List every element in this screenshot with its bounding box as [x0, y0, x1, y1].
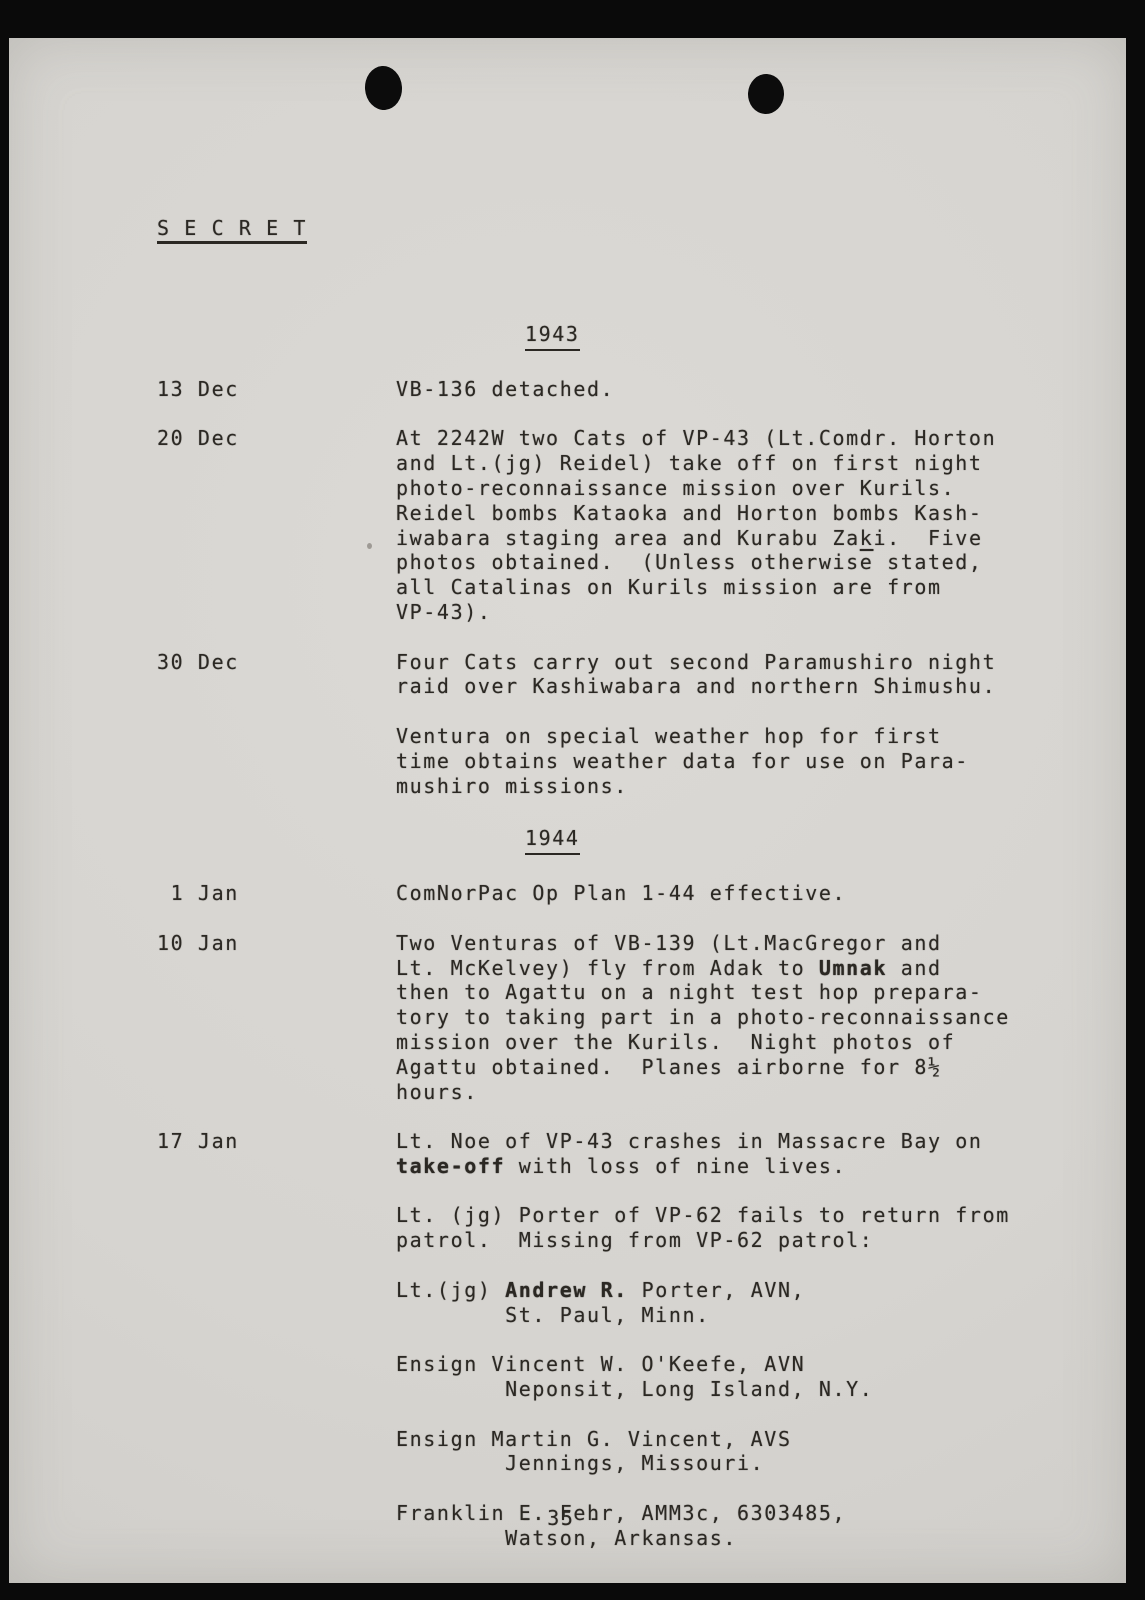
text-segment: raid over Kashiwabara and northern Shimu… — [396, 674, 996, 698]
text-segment: Lt. Noe of VP-43 crashes in Massacre Bay… — [396, 1129, 983, 1153]
text-line: photos obtained. (Unless otherwise state… — [396, 550, 1126, 575]
text-line: Neponsit, Long Island, N.Y. — [396, 1377, 1126, 1402]
entry-body: VB-136 detached. — [396, 377, 1126, 402]
text-segment: tory to taking part in a photo-reconnais… — [396, 1005, 1010, 1029]
text-segment: mission over the Kurils. Night photos of — [396, 1030, 955, 1054]
text-line: ComNorPac Op Plan 1-44 effective. — [396, 881, 1126, 906]
text-segment: Two Venturas of VB-139 (Lt.MacGregor and — [396, 931, 942, 955]
text-line: Watson, Arkansas. — [396, 1526, 1126, 1551]
text-line: Agattu obtained. Planes airborne for 8½ — [396, 1055, 1126, 1080]
entry-date: 10 Jan — [157, 931, 396, 1105]
text-segment: Andrew R. — [505, 1278, 628, 1302]
entry-body: At 2242W two Cats of VP-43 (Lt.Comdr. Ho… — [396, 426, 1126, 624]
text-segment: Franklin E. Fehr, AMM3c, 6303485, — [396, 1501, 846, 1525]
entry-body: Four Cats carry out second Paramushiro n… — [396, 650, 1126, 799]
text-segment: Umnak — [819, 956, 887, 980]
text-segment: Four Cats carry out second Paramushiro n… — [396, 650, 996, 674]
text-segment: Lt. McKelvey) fly from Adak to — [396, 956, 819, 980]
year-section: 1944 1 JanComNorPac Op Plan 1-44 effecti… — [157, 826, 1126, 1550]
text-line: Jennings, Missouri. — [396, 1451, 1126, 1476]
text-segment: and — [887, 956, 942, 980]
year-label: 1944 — [525, 826, 580, 855]
text-line: raid over Kashiwabara and northern Shimu… — [396, 674, 1126, 699]
paragraph: Ventura on special weather hop for first… — [396, 724, 1126, 798]
paragraph: Lt. Noe of VP-43 crashes in Massacre Bay… — [396, 1129, 1126, 1179]
text-segment: Lt. (jg) Porter of VP-62 fails to return… — [396, 1203, 1010, 1227]
text-segment: At 2242W two Cats of VP-43 (Lt.Comdr. Ho… — [396, 426, 996, 450]
text-segment: i. Five — [873, 526, 982, 550]
text-segment: all Catalinas on Kurils mission are from — [396, 575, 942, 599]
text-segment: Agattu obtained. Planes airborne for 8½ — [396, 1055, 942, 1079]
text-segment: Reidel bombs Kataoka and Horton bombs Ka… — [396, 501, 983, 525]
text-segment: iwabara staging area and Kurabu Za — [396, 526, 860, 550]
text-line: hours. — [396, 1080, 1126, 1105]
year-section: 194313 DecVB-136 detached.20 DecAt 2242W… — [157, 322, 1126, 798]
text-line: Franklin E. Fehr, AMM3c, 6303485, — [396, 1501, 1126, 1526]
text-line: Reidel bombs Kataoka and Horton bombs Ka… — [396, 501, 1126, 526]
text-line: VB-136 detached. — [396, 377, 1126, 402]
text-segment: Ensign Vincent W. O'Keefe, AVN — [396, 1352, 805, 1376]
paragraph: Two Venturas of VB-139 (Lt.MacGregor and… — [396, 931, 1126, 1105]
text-segment: and Lt.(jg) Reidel) take off on first ni… — [396, 451, 983, 475]
text-line: mission over the Kurils. Night photos of — [396, 1030, 1126, 1055]
paragraph: Lt.(jg) Andrew R. Porter, AVN, St. Paul,… — [396, 1278, 1126, 1328]
text-line: then to Agattu on a night test hop prepa… — [396, 980, 1126, 1005]
entry-date: 17 Jan — [157, 1129, 396, 1551]
text-segment: then to Agattu on a night test hop prepa… — [396, 980, 983, 1004]
text-line: Ventura on special weather hop for first — [396, 724, 1126, 749]
year-heading: 1944 — [525, 826, 1126, 855]
entry-date: 1 Jan — [157, 881, 396, 906]
text-segment: Neponsit, Long Island, N.Y. — [396, 1377, 873, 1401]
entry-date: 13 Dec — [157, 377, 396, 402]
text-segment: hours. — [396, 1080, 478, 1104]
page-number: - 35 - — [520, 1506, 602, 1531]
log-entry: 17 JanLt. Noe of VP-43 crashes in Massac… — [157, 1129, 1126, 1551]
entry-date: 30 Dec — [157, 650, 396, 799]
paragraph: Franklin E. Fehr, AMM3c, 6303485, Watson… — [396, 1501, 1126, 1551]
paragraph: Lt. (jg) Porter of VP-62 fails to return… — [396, 1203, 1126, 1253]
log-entry: 30 DecFour Cats carry out second Paramus… — [157, 650, 1126, 799]
text-segment: Ensign Martin G. Vincent, AVS — [396, 1427, 792, 1451]
log-entry: 10 JanTwo Venturas of VB-139 (Lt.MacGreg… — [157, 931, 1126, 1105]
text-segment: Ventura on special weather hop for first — [396, 724, 942, 748]
text-line: Two Venturas of VB-139 (Lt.MacGregor and — [396, 931, 1126, 956]
text-line: and Lt.(jg) Reidel) take off on first ni… — [396, 451, 1126, 476]
text-line: Lt.(jg) Andrew R. Porter, AVN, — [396, 1278, 1126, 1303]
paragraph: VB-136 detached. — [396, 377, 1126, 402]
year-heading: 1943 — [525, 322, 1126, 351]
text-line: iwabara staging area and Kurabu Zaki. Fi… — [396, 526, 1126, 551]
text-line: Lt. McKelvey) fly from Adak to Umnak and — [396, 956, 1126, 981]
text-line: mushiro missions. — [396, 774, 1126, 799]
text-segment: Jennings, Missouri. — [396, 1451, 764, 1475]
text-segment: VB-136 detached. — [396, 377, 614, 401]
text-line: Lt. (jg) Porter of VP-62 fails to return… — [396, 1203, 1126, 1228]
paper-sheet: S E C R E T 194313 DecVB-136 detached.20… — [9, 38, 1126, 1583]
entry-date: 20 Dec — [157, 426, 396, 624]
text-segment: patrol. Missing from VP-62 patrol: — [396, 1228, 873, 1252]
text-line: time obtains weather data for use on Par… — [396, 749, 1126, 774]
text-segment: Lt.(jg) — [396, 1278, 505, 1302]
paragraph: ComNorPac Op Plan 1-44 effective. — [396, 881, 1126, 906]
log-entry: 13 DecVB-136 detached. — [157, 377, 1126, 402]
entry-body: ComNorPac Op Plan 1-44 effective. — [396, 881, 1126, 906]
year-label: 1943 — [525, 322, 580, 351]
text-line: take-off with loss of nine lives. — [396, 1154, 1126, 1179]
entry-body: Lt. Noe of VP-43 crashes in Massacre Bay… — [396, 1129, 1126, 1551]
paragraph: Ensign Martin G. Vincent, AVS Jennings, … — [396, 1427, 1126, 1477]
scanned-document-page: { "header": { "classification": "S E C R… — [0, 0, 1145, 1600]
text-line: tory to taking part in a photo-reconnais… — [396, 1005, 1126, 1030]
text-segment: mushiro missions. — [396, 774, 628, 798]
text-line: Four Cats carry out second Paramushiro n… — [396, 650, 1126, 675]
paragraph: Four Cats carry out second Paramushiro n… — [396, 650, 1126, 700]
classification-line: S E C R E T — [157, 216, 1126, 245]
paragraph: At 2242W two Cats of VP-43 (Lt.Comdr. Ho… — [396, 426, 1126, 624]
document-content: S E C R E T 194313 DecVB-136 detached.20… — [9, 38, 1126, 1600]
text-line: At 2242W two Cats of VP-43 (Lt.Comdr. Ho… — [396, 426, 1126, 451]
text-line: Ensign Martin G. Vincent, AVS — [396, 1427, 1126, 1452]
text-segment: photos obtained. (Unless otherwise state… — [396, 550, 983, 574]
entry-body: Two Venturas of VB-139 (Lt.MacGregor and… — [396, 931, 1126, 1105]
text-segment: k — [860, 526, 874, 550]
text-segment: with loss of nine lives. — [505, 1154, 846, 1178]
text-line: photo-reconnaissance mission over Kurils… — [396, 476, 1126, 501]
log-entry: 20 DecAt 2242W two Cats of VP-43 (Lt.Com… — [157, 426, 1126, 624]
text-segment: St. Paul, Minn. — [396, 1303, 710, 1327]
text-segment: time obtains weather data for use on Par… — [396, 749, 969, 773]
log-entry: 1 JanComNorPac Op Plan 1-44 effective. — [157, 881, 1126, 906]
text-segment: ComNorPac Op Plan 1-44 effective. — [396, 881, 846, 905]
text-segment: VP-43). — [396, 600, 492, 624]
text-line: all Catalinas on Kurils mission are from — [396, 575, 1126, 600]
text-line: Lt. Noe of VP-43 crashes in Massacre Bay… — [396, 1129, 1126, 1154]
text-line: Ensign Vincent W. O'Keefe, AVN — [396, 1352, 1126, 1377]
text-line: St. Paul, Minn. — [396, 1303, 1126, 1328]
classification-label: S E C R E T — [157, 216, 307, 245]
text-segment: photo-reconnaissance mission over Kurils… — [396, 476, 955, 500]
text-line: patrol. Missing from VP-62 patrol: — [396, 1228, 1126, 1253]
text-line: VP-43). — [396, 600, 1126, 625]
text-segment: Porter, AVN, — [628, 1278, 805, 1302]
text-segment: take-off — [396, 1154, 505, 1178]
document-body: 194313 DecVB-136 detached.20 DecAt 2242W… — [157, 322, 1126, 1551]
paragraph: Ensign Vincent W. O'Keefe, AVN Neponsit,… — [396, 1352, 1126, 1402]
